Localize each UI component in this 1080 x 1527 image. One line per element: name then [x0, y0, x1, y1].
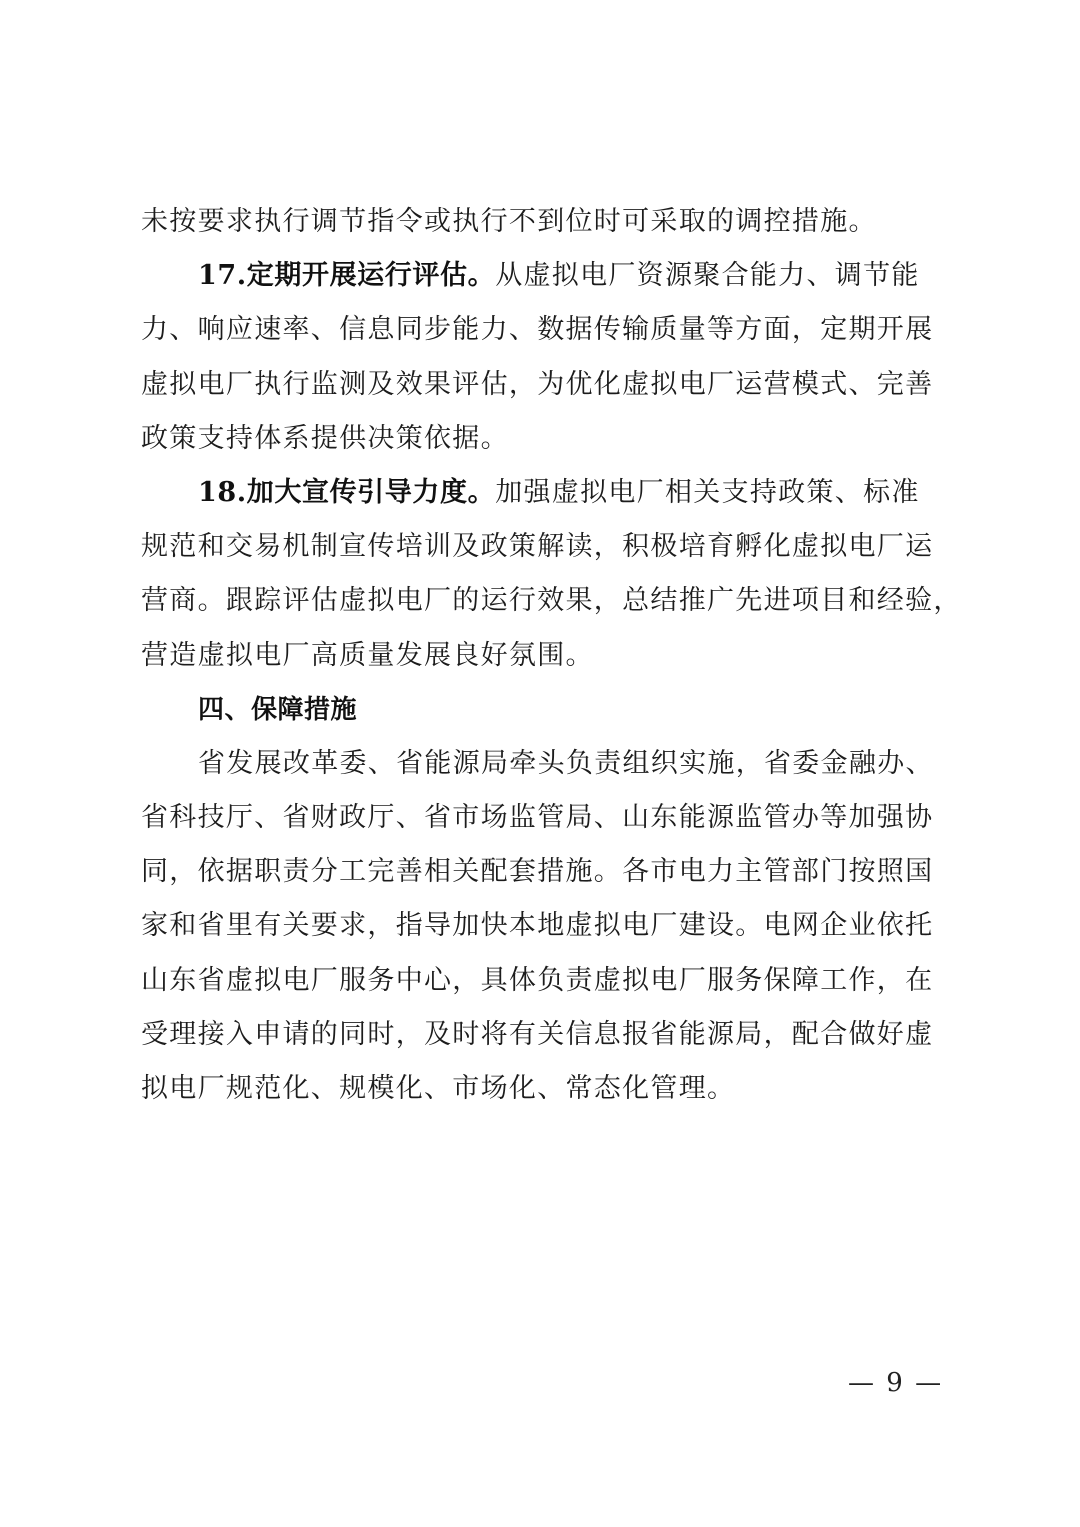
paragraph-line: 同，依据职责分工完善相关配套措施。各市电力主管部门按照国	[141, 850, 941, 904]
document-page: 未按要求执行调节指令或执行不到位时可采取的调控措施。 17.定期开展运行评估。从…	[0, 0, 1080, 1527]
section-4-heading-line: 四、保障措施	[141, 688, 941, 742]
paragraph-line: 规范和交易机制宣传培训及政策解读，积极培育孵化虚拟电厂运	[141, 525, 941, 579]
page-number: — 9 —	[848, 1368, 943, 1398]
paragraph-line: 营商。跟踪评估虚拟电厂的运行效果，总结推广先进项目和经验，	[141, 579, 941, 633]
paragraph-line: 虚拟电厂执行监测及效果评估，为优化虚拟电厂运营模式、完善	[141, 363, 941, 417]
paragraph-line: 省科技厅、省财政厅、省市场监管局、山东能源监管办等加强协	[141, 796, 941, 850]
document-body: 未按要求执行调节指令或执行不到位时可采取的调控措施。 17.定期开展运行评估。从…	[141, 200, 941, 1121]
item-17-heading: 定期开展运行评估。	[247, 260, 495, 291]
item-18-heading: 加大宣传引导力度。	[247, 477, 495, 508]
paragraph-line: 受理接入申请的同时，及时将有关信息报省能源局，配合做好虚	[141, 1013, 941, 1067]
item-18-number: 18.	[198, 477, 247, 508]
paragraph-line: 省发展改革委、省能源局牵头负责组织实施，省委金融办、	[141, 742, 941, 796]
paragraph-line: 未按要求执行调节指令或执行不到位时可采取的调控措施。	[141, 200, 941, 254]
paragraph-line: 山东省虚拟电厂服务中心，具体负责虚拟电厂服务保障工作，在	[141, 959, 941, 1013]
item-18-first-line: 18.加大宣传引导力度。加强虚拟电厂相关支持政策、标准	[141, 471, 941, 525]
item-17-number: 17.	[198, 260, 247, 291]
paragraph-line: 拟电厂规范化、规模化、市场化、常态化管理。	[141, 1067, 941, 1121]
paragraph-line: 政策支持体系提供决策依据。	[141, 417, 941, 471]
paragraph-line: 家和省里有关要求，指导加快本地虚拟电厂建设。电网企业依托	[141, 904, 941, 958]
item-17-first-line: 17.定期开展运行评估。从虚拟电厂资源聚合能力、调节能	[141, 254, 941, 308]
paragraph-line: 力、响应速率、信息同步能力、数据传输质量等方面，定期开展	[141, 308, 941, 362]
item-17-text: 从虚拟电厂资源聚合能力、调节能	[495, 260, 920, 291]
section-heading: 四、保障措施	[198, 695, 357, 725]
paragraph-line: 营造虚拟电厂高质量发展良好氛围。	[141, 634, 941, 688]
item-18-text: 加强虚拟电厂相关支持政策、标准	[495, 477, 920, 508]
